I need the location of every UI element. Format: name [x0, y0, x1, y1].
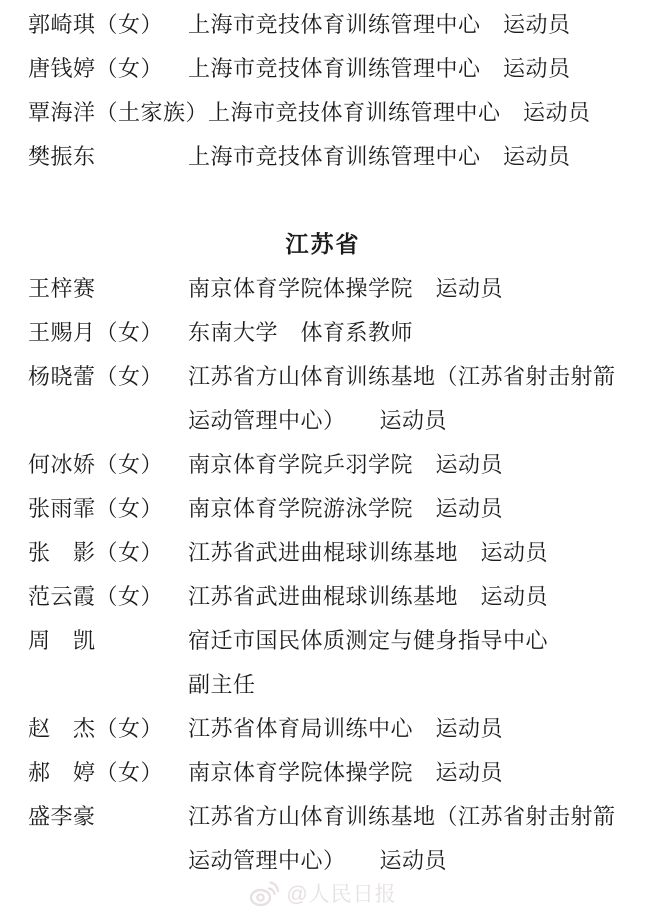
person-affiliation: 运动管理中心） 运动员 — [188, 399, 447, 443]
list-item: 赵 杰（女） 江苏省体育局训练中心 运动员 — [28, 707, 646, 751]
person-affiliation: 南京体育学院体操学院 运动员 — [188, 267, 503, 311]
person-name: 张 影（女） — [28, 531, 188, 575]
person-affiliation: 南京体育学院体操学院 运动员 — [188, 751, 503, 795]
section-header: 江苏省 — [0, 223, 646, 267]
list-item: 盛李豪 江苏省方山体育训练基地（江苏省射击射箭 — [28, 795, 646, 839]
list-item: 覃海洋（土家族） 上海市竞技体育训练管理中心 运动员 — [28, 91, 646, 135]
list-item-continuation: 副主任 — [28, 663, 646, 707]
person-affiliation: 江苏省方山体育训练基地（江苏省射击射箭 — [188, 795, 616, 839]
person-affiliation: 南京体育学院乒羽学院 运动员 — [188, 443, 503, 487]
watermark-handle: @人民日报 — [286, 878, 396, 908]
person-affiliation: 上海市竞技体育训练管理中心 运动员 — [208, 91, 591, 135]
person-affiliation: 江苏省武进曲棍球训练基地 运动员 — [188, 531, 548, 575]
person-name: 范云霞（女） — [28, 575, 188, 619]
list-item: 周 凯 宿迁市国民体质测定与健身指导中心 — [28, 619, 646, 663]
list-item: 王梓赛 南京体育学院体操学院 运动员 — [28, 267, 646, 311]
list-item: 张 影（女） 江苏省武进曲棍球训练基地 运动员 — [28, 531, 646, 575]
list-item: 王赐月（女） 东南大学 体育系教师 — [28, 311, 646, 355]
person-name: 王梓赛 — [28, 267, 188, 311]
person-name: 郭崎琪（女） — [28, 3, 188, 47]
list-item: 何冰娇（女） 南京体育学院乒羽学院 运动员 — [28, 443, 646, 487]
person-name: 赵 杰（女） — [28, 707, 188, 751]
list-item-continuation: 运动管理中心） 运动员 — [28, 399, 646, 443]
indent-spacer — [28, 399, 188, 443]
person-name: 唐钱婷（女） — [28, 47, 188, 91]
person-name: 张雨霏（女） — [28, 487, 188, 531]
list-item: 张雨霏（女） 南京体育学院游泳学院 运动员 — [28, 487, 646, 531]
person-affiliation: 副主任 — [188, 663, 256, 707]
document-page: 郭崎琪（女） 上海市竞技体育训练管理中心 运动员 唐钱婷（女） 上海市竞技体育训… — [0, 0, 646, 912]
person-name: 何冰娇（女） — [28, 443, 188, 487]
person-affiliation: 宿迁市国民体质测定与健身指导中心 — [188, 619, 548, 663]
person-affiliation: 上海市竞技体育训练管理中心 运动员 — [188, 47, 571, 91]
weibo-icon — [249, 880, 279, 907]
list-item-continuation: 运动管理中心） 运动员 — [28, 839, 646, 883]
person-affiliation: 运动管理中心） 运动员 — [188, 839, 447, 883]
person-affiliation: 江苏省体育局训练中心 运动员 — [188, 707, 503, 751]
person-name: 杨晓蕾（女） — [28, 355, 188, 399]
person-name: 覃海洋（土家族） — [28, 91, 208, 135]
indent-spacer — [28, 663, 188, 707]
person-name: 周 凯 — [28, 619, 188, 663]
list-item: 唐钱婷（女） 上海市竞技体育训练管理中心 运动员 — [28, 47, 646, 91]
watermark: @人民日报 — [0, 878, 646, 908]
person-name: 樊振东 — [28, 135, 188, 179]
person-name: 王赐月（女） — [28, 311, 188, 355]
list-item: 郭崎琪（女） 上海市竞技体育训练管理中心 运动员 — [28, 3, 646, 47]
roster-list: 郭崎琪（女） 上海市竞技体育训练管理中心 运动员 唐钱婷（女） 上海市竞技体育训… — [0, 0, 646, 883]
person-name: 盛李豪 — [28, 795, 188, 839]
list-item: 杨晓蕾（女） 江苏省方山体育训练基地（江苏省射击射箭 — [28, 355, 646, 399]
list-item: 郝 婷（女） 南京体育学院体操学院 运动员 — [28, 751, 646, 795]
list-item: 范云霞（女） 江苏省武进曲棍球训练基地 运动员 — [28, 575, 646, 619]
list-item: 樊振东 上海市竞技体育训练管理中心 运动员 — [28, 135, 646, 179]
person-name: 郝 婷（女） — [28, 751, 188, 795]
person-affiliation: 东南大学 体育系教师 — [188, 311, 413, 355]
indent-spacer — [28, 839, 188, 883]
person-affiliation: 江苏省武进曲棍球训练基地 运动员 — [188, 575, 548, 619]
person-affiliation: 上海市竞技体育训练管理中心 运动员 — [188, 135, 571, 179]
person-affiliation: 上海市竞技体育训练管理中心 运动员 — [188, 3, 571, 47]
person-affiliation: 江苏省方山体育训练基地（江苏省射击射箭 — [188, 355, 616, 399]
person-affiliation: 南京体育学院游泳学院 运动员 — [188, 487, 503, 531]
